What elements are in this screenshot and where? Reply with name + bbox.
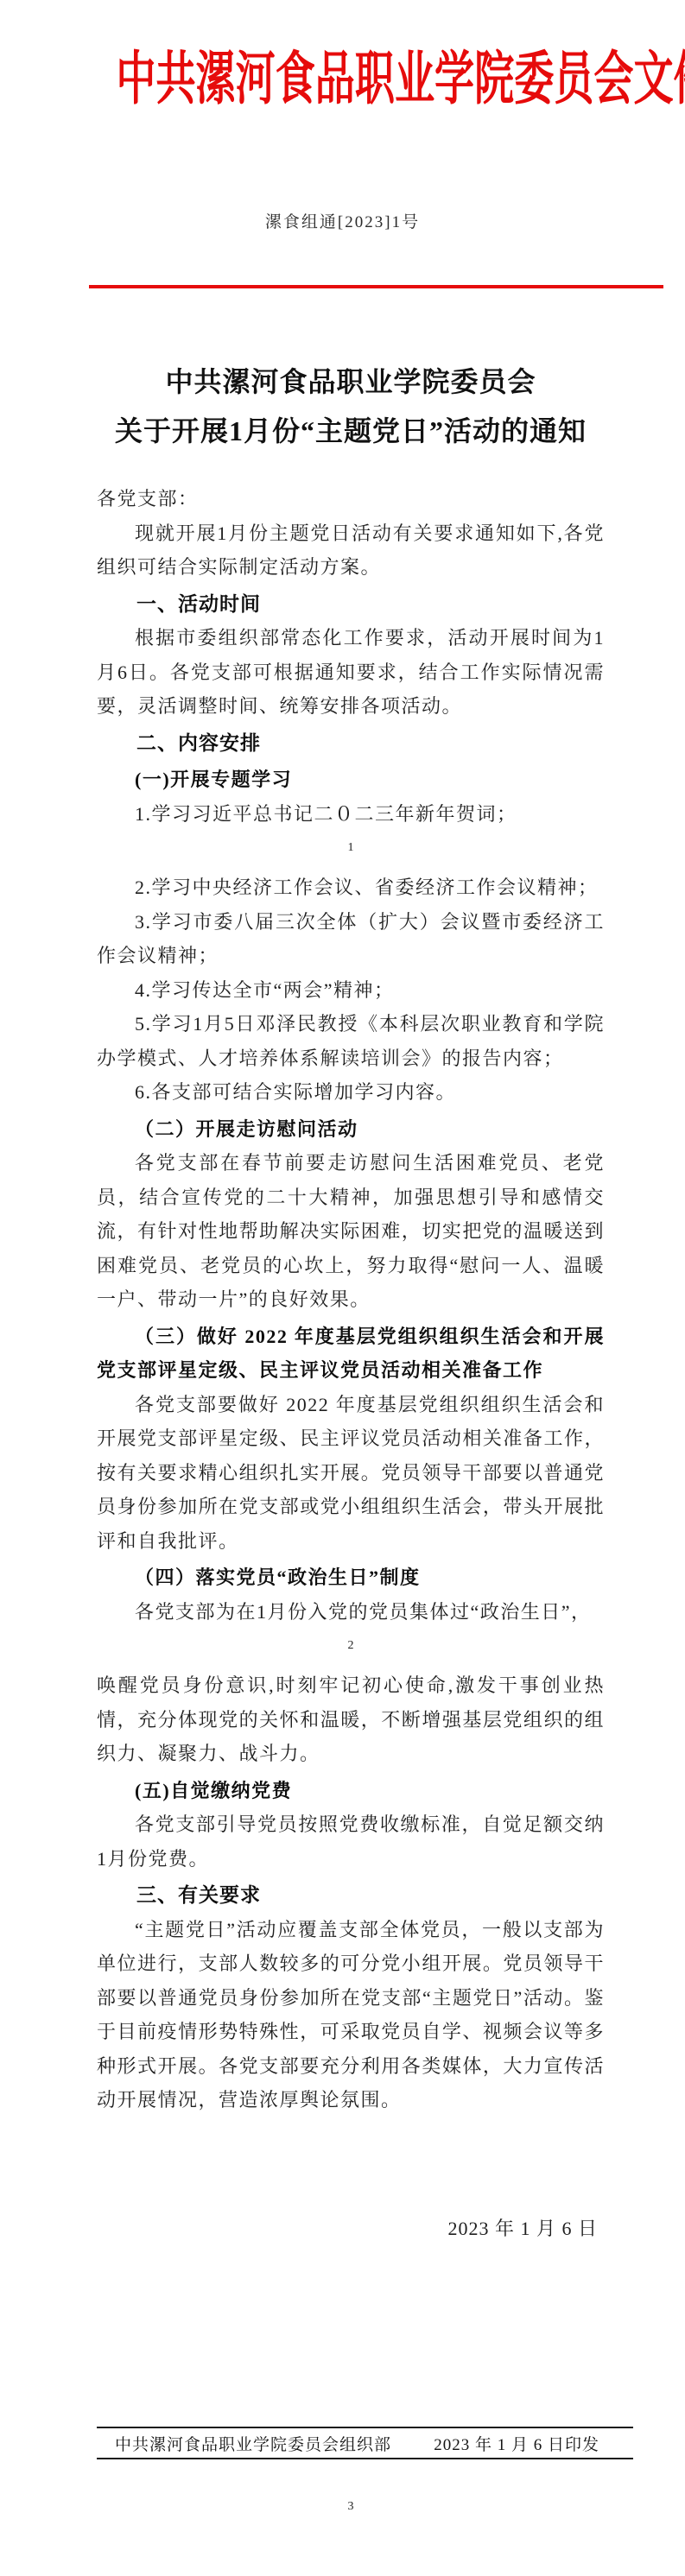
imprint-footer: 中共漯河食品职业学院委员会组织部 2023 年 1 月 6 日印发 [97,2427,633,2459]
page-number: 1 [97,831,605,865]
sub-heading: （四）落实党员“政治生日”制度 [97,1560,605,1595]
paragraph: 各党支部为在1月份入党的党员集体过“政治生日”， [97,1595,605,1630]
section-heading: 三、有关要求 [97,1878,605,1913]
imprint-issuing-department: 中共漯河食品职业学院委员会组织部 [115,2432,391,2455]
document-number: 漯食组通[2023]1号 [0,212,685,233]
paragraph: 根据市委组织部常态化工作要求，活动开展时间为1月6日。各党支部可根据通知要求，结… [97,621,605,724]
paragraph: 5.学习1月5日邓泽民教授《本科层次职业教育和学院办学模式、人才培养体系解读培训… [97,1007,605,1075]
paragraph: 各党支部引导党员按照党费收缴标准，自觉足额交纳1月份党费。 [97,1807,605,1876]
page-number: 2 [97,1629,605,1663]
paragraph: 现就开展1月份主题党日活动有关要求通知如下,各党组织可结合实际制定活动方案。 [97,516,605,585]
document-page: 中共漯河食品职业学院委员会文件 漯食组通[2023]1号 中共漯河食品职业学院委… [0,0,685,2576]
page-number-3: 3 [97,2500,605,2514]
paragraph: 2.学习中央经济工作会议、省委经济工作会议精神； [97,870,605,905]
imprint-print-date: 2023 年 1 月 6 日印发 [434,2432,599,2455]
paragraph: 3.学习市委八届三次全体（扩大）会议暨市委经济工作会议精神； [97,905,605,973]
paragraph: 1.学习习近平总书记二０二三年新年贺词； [97,797,605,832]
letterhead-banner-text: 中共漯河食品职业学院委员会文件 [116,48,685,110]
paragraph: 6.各支部可结合实际增加学习内容。 [97,1075,605,1110]
section-heading: 二、内容安排 [97,726,605,761]
salutation: 各党支部： [97,482,605,516]
document-title-subject: 关于开展1月份“主题党日”活动的通知 [97,413,605,449]
paragraph-continuation: 唤醒党员身份意识,时刻牢记初心使命,激发干事创业热情，充分体现党的关怀和温暖，不… [97,1668,605,1771]
sub-heading: （三）做好 2022 年度基层党组织组织生活会和开展党支部评星定级、民主评议党员… [97,1320,605,1388]
paragraph: 4.学习传达全市“两会”精神； [97,973,605,1008]
red-divider-rule [89,285,663,288]
sub-heading: （二）开展走访慰问活动 [97,1112,605,1147]
sub-heading: (一)开展专题学习 [97,763,605,797]
paragraph: “主题党日”活动应覆盖支部全体党员，一般以支部为单位进行，支部人数较多的可分党小… [97,1913,605,2117]
content-column: 中共漯河食品职业学院委员会 关于开展1月份“主题党日”活动的通知 各党支部：现就… [97,285,605,2117]
letterhead-banner: 中共漯河食品职业学院委员会文件 [0,50,685,109]
document-title-issuer: 中共漯河食品职业学院委员会 [97,364,605,399]
signature-date: 2023 年 1 月 6 日 [97,2216,598,2242]
paragraph: 各党支部在春节前要走访慰问生活困难党员、老党员，结合宣传党的二十大精神，加强思想… [97,1146,605,1317]
section-heading: 一、活动时间 [97,587,605,622]
document-body: 各党支部：现就开展1月份主题党日活动有关要求通知如下,各党组织可结合实际制定活动… [97,482,605,2117]
paragraph: 各党支部要做好 2022 年度基层党组织组织生活会和开展党支部评星定级、民主评议… [97,1388,605,1559]
sub-heading: (五)自觉缴纳党费 [97,1774,605,1808]
